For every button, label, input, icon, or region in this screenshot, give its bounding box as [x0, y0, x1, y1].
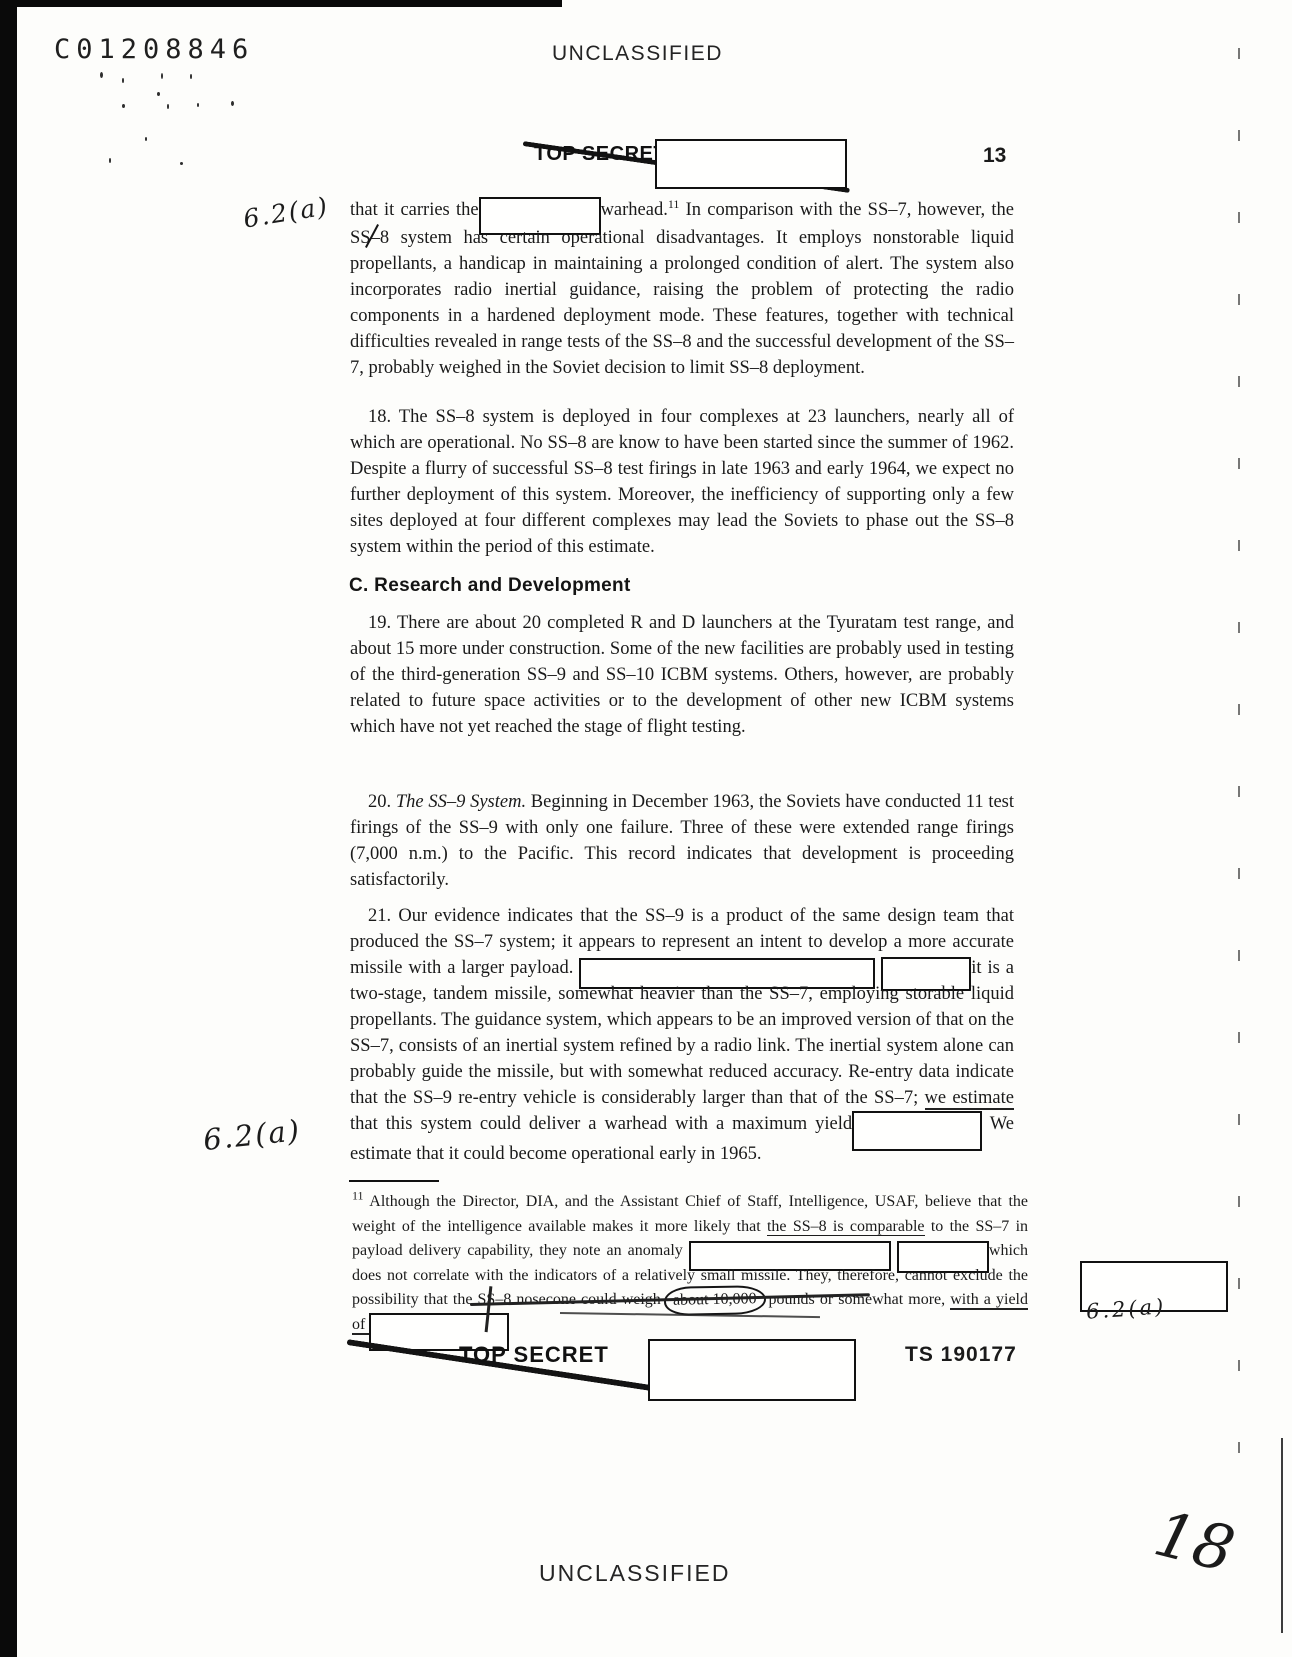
redaction-box — [655, 139, 847, 189]
classification-footer: UNCLASSIFIED — [539, 1560, 730, 1587]
handwritten-annotation: 6.2(a) — [201, 1113, 302, 1157]
footnote-number: 11 — [352, 1189, 364, 1203]
body-text: it is a two-stage, tandem missile, somew… — [350, 958, 1014, 1108]
section-heading: C. Research and Development — [349, 575, 631, 597]
scan-edge-bar — [0, 0, 17, 1657]
body-text: 19. There are about 20 completed R and D… — [350, 613, 1014, 737]
paragraph-17: that it carries thewarhead.11 In compari… — [350, 197, 1014, 381]
handwritten-page-number: 18 — [1147, 1497, 1241, 1587]
body-text-underlined: we estimate — [925, 1088, 1015, 1110]
handwritten-annotation: 6.2(a) — [1085, 1294, 1167, 1324]
body-text: warhead. — [601, 200, 668, 220]
body-text-italic: The SS–9 System. — [396, 792, 526, 812]
scan-artifact — [167, 104, 169, 109]
scan-artifact — [157, 92, 160, 96]
body-text: In comparison with the SS–7, however, th… — [679, 200, 1014, 220]
redaction-box — [852, 1111, 982, 1151]
paragraph-21: 21. Our evidence indicates that the SS–9… — [350, 903, 1014, 1167]
scan-artifact — [109, 158, 111, 163]
body-text: that this system could deliver a warhead… — [350, 1114, 852, 1134]
footnote-11: 11 Although the Director, DIA, and the A… — [352, 1190, 1028, 1341]
page-number: 13 — [983, 144, 1006, 168]
paragraph-19: 19. There are about 20 completed R and D… — [350, 610, 1014, 740]
dashed-margin-line — [1238, 48, 1240, 1523]
handwritten-annotation: 6.2(a) — [241, 191, 331, 233]
scan-artifact — [100, 72, 103, 78]
footnote-separator — [349, 1180, 439, 1182]
body-text: that it carries the — [350, 200, 479, 220]
scan-artifact — [122, 78, 124, 83]
scan-artifact — [180, 162, 183, 165]
secret-banner-top: TOP SECRET/ — [534, 143, 672, 166]
footnote-text-underlined: the SS–8 is comparable — [767, 1218, 925, 1236]
classification-header: UNCLASSIFIED — [552, 42, 723, 66]
paragraph-20: 20. The SS–9 System. Beginning in Decemb… — [350, 789, 1014, 893]
paragraph-18: 18. The SS–8 system is deployed in four … — [350, 404, 1014, 560]
body-text: 18. The SS–8 system is deployed in four … — [350, 407, 1014, 557]
scan-artifact — [190, 74, 192, 79]
footnote-reference: 11 — [668, 197, 680, 211]
scan-artifact — [231, 101, 234, 106]
control-number: TS 190177 — [905, 1343, 1017, 1367]
body-text: system has certain operational disadvant… — [350, 228, 1014, 378]
secret-banner-bottom: TOP SECRET — [459, 1342, 609, 1368]
scan-edge-bar-top — [0, 0, 562, 7]
scan-artifact — [145, 137, 147, 141]
scan-artifact — [122, 104, 125, 108]
scan-artifact — [161, 73, 163, 79]
document-page: C01208846 UNCLASSIFIED TOP SECRET/ 13 6.… — [0, 0, 1292, 1657]
redaction-box — [648, 1339, 856, 1401]
document-id: C01208846 — [54, 34, 254, 65]
body-text: 20. — [368, 792, 396, 812]
body-text-slashed: SS–8 — [350, 228, 389, 248]
scan-artifact — [197, 103, 199, 107]
scan-edge-line — [1281, 1438, 1283, 1633]
